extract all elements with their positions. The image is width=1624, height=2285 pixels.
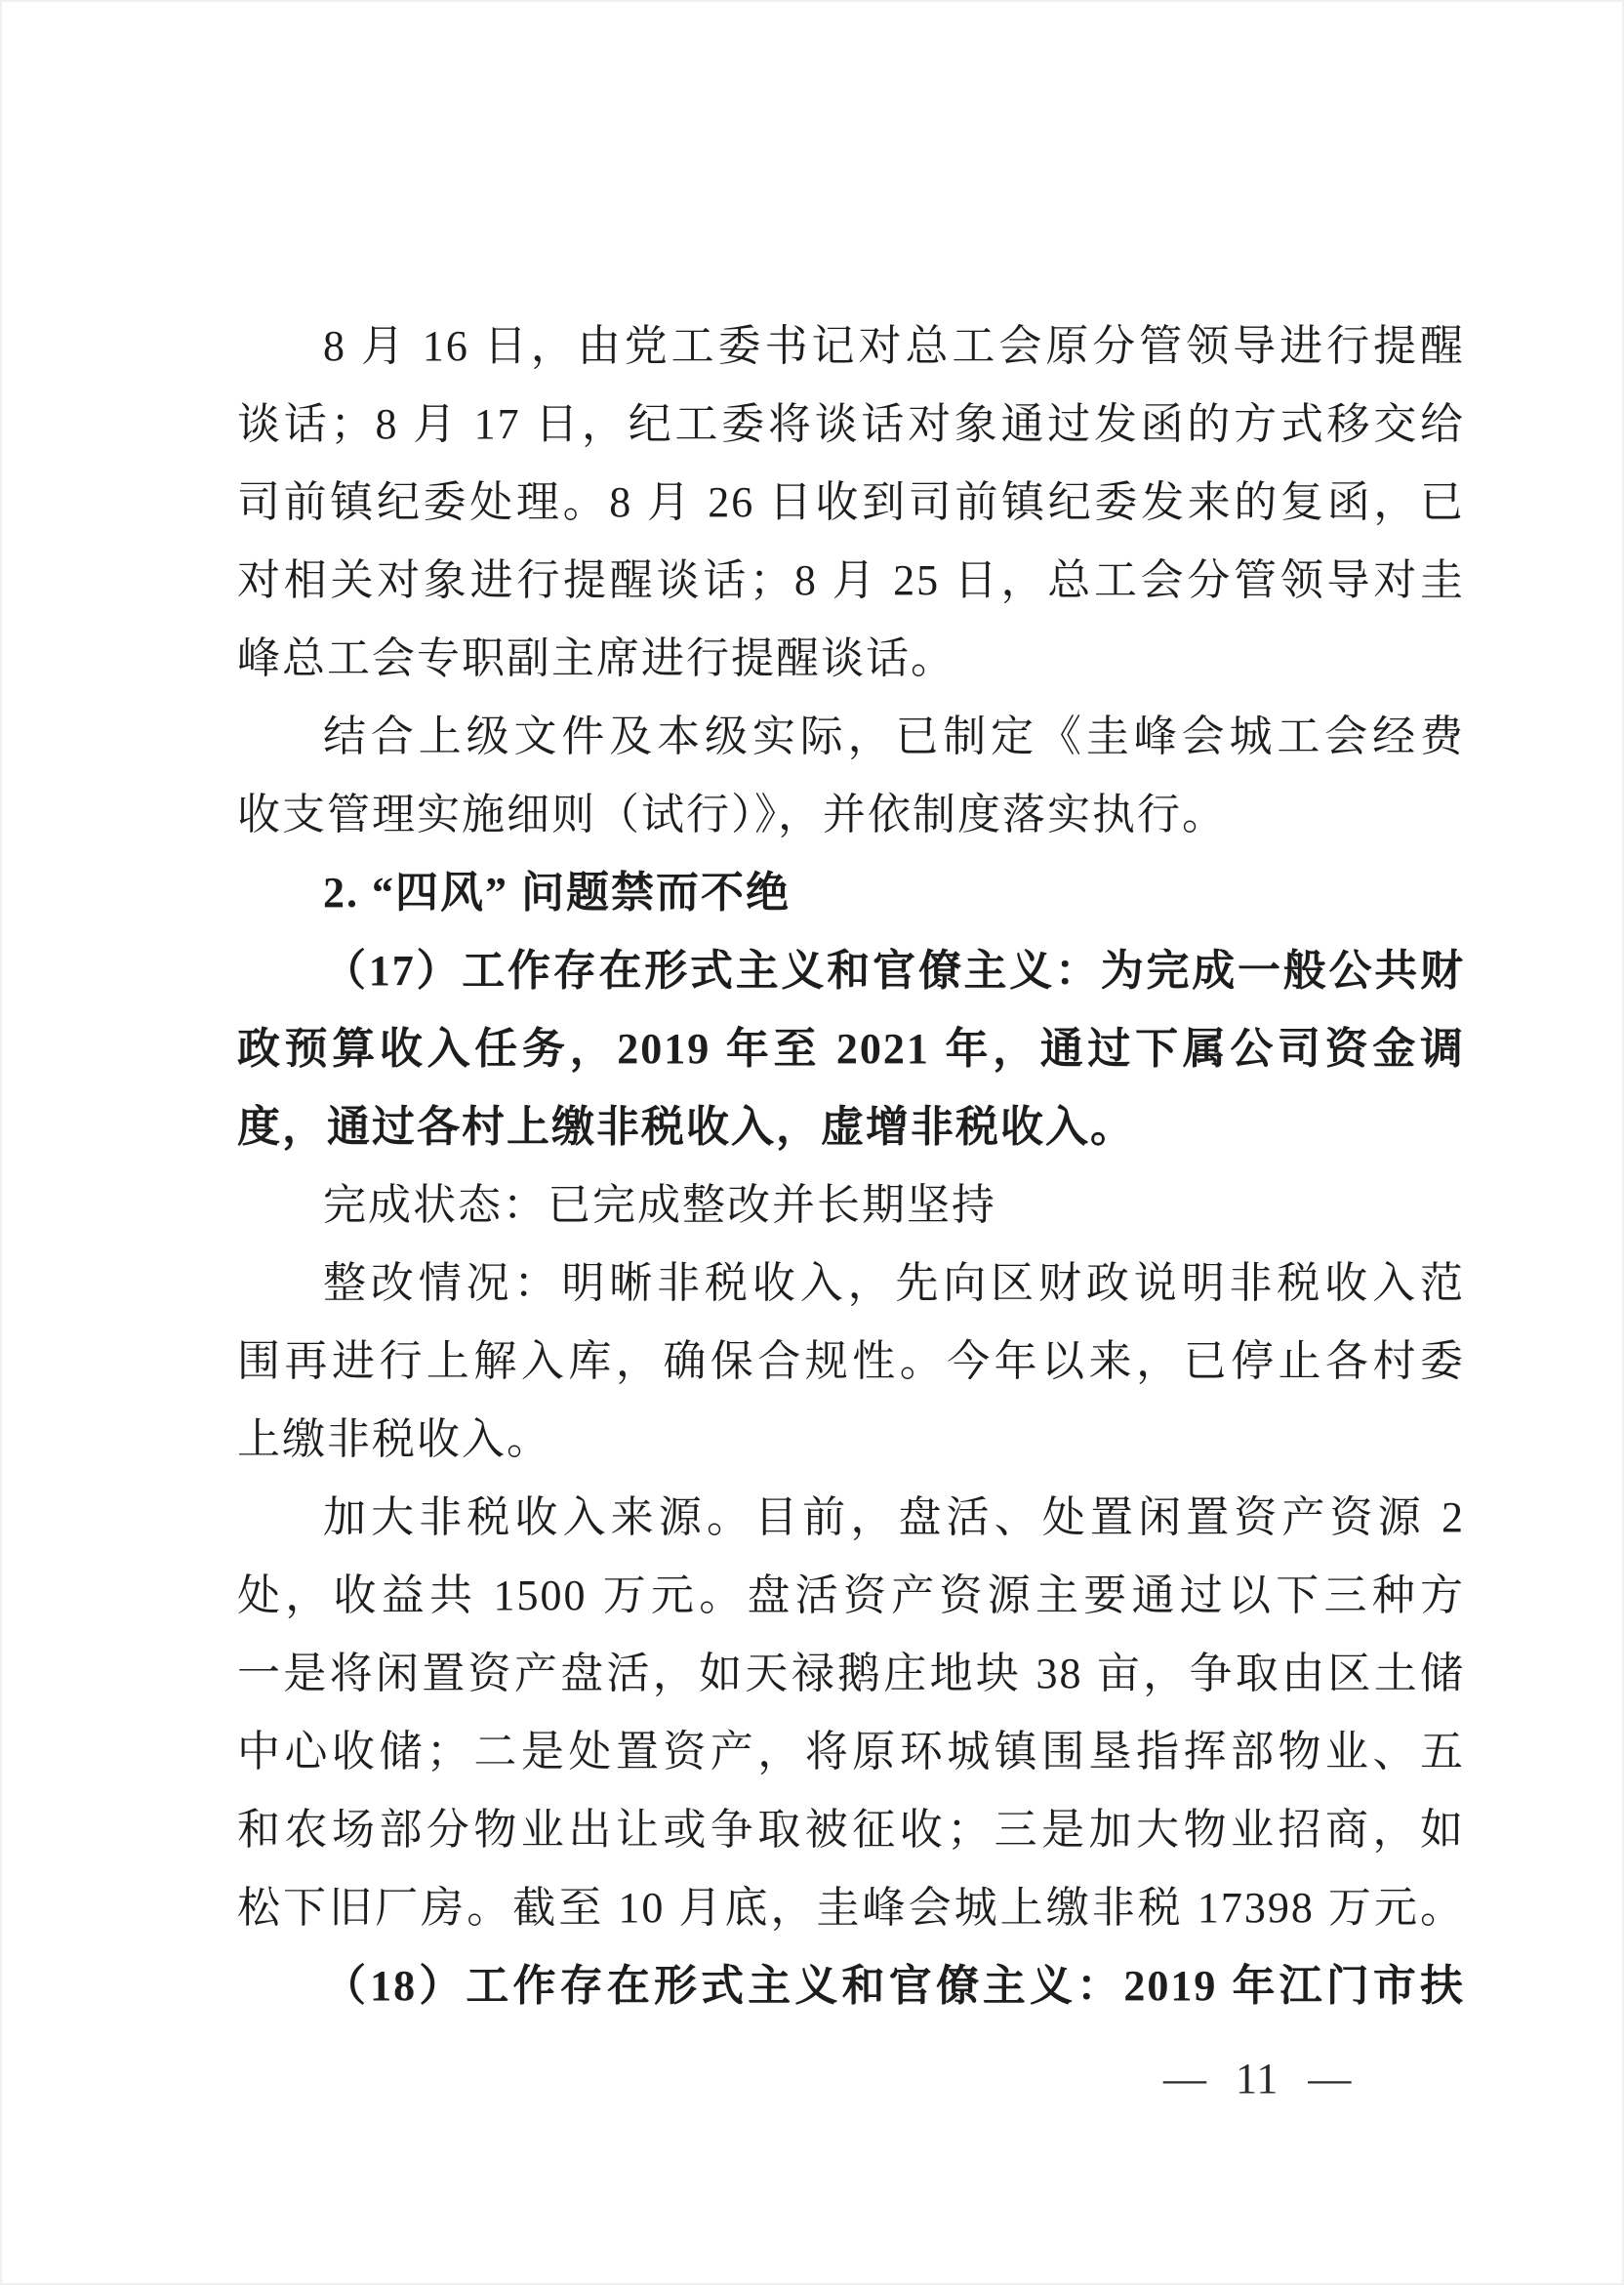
paragraph-line: 处，收益共 1500 万元。盘活资产资源主要通过以下三种方式：	[237, 1557, 1465, 1635]
paragraph-line: 结合上级文件及本级实际，已制定《圭峰会城工会经费	[237, 698, 1465, 776]
paragraph-line: 围再进行上解入库，确保合规性。今年以来，已停止各村委	[237, 1323, 1465, 1401]
paragraph-line: 政预算收入任务，2019 年至 2021 年，通过下属公司资金调	[237, 1010, 1465, 1088]
section-heading: 2. “四风” 问题禁而不绝	[237, 854, 1465, 932]
paragraph-line: 和农场部分物业出让或争取被征收；三是加大物业招商，如	[237, 1791, 1465, 1869]
paragraph-line: 中心收储；二是处置资产，将原环城镇围垦指挥部物业、五	[237, 1713, 1465, 1791]
paragraph-line: 松下旧厂房。截至 10 月底，圭峰会城上缴非税 17398 万元。	[237, 1869, 1465, 1947]
page-number: 11	[1236, 2056, 1279, 2102]
paragraph-line: 度，通过各村上缴非税收入，虚增非税收入。	[237, 1088, 1465, 1166]
paragraph-line: 一是将闲置资产盘活，如天禄鹅庄地块 38 亩，争取由区土储	[237, 1635, 1465, 1713]
paragraph-line: 收支管理实施细则（试行）》，并依制度落实执行。	[237, 776, 1465, 854]
footer-dash-right: —	[1308, 2056, 1351, 2102]
document-body: 8 月 16 日，由党工委书记对总工会原分管领导进行提醒 谈话；8 月 17 日…	[237, 307, 1465, 2025]
paragraph-line: 对相关对象进行提醒谈话；8 月 25 日，总工会分管领导对圭	[237, 542, 1465, 620]
paragraph-line: （18）工作存在形式主义和官僚主义：2019 年江门市扶	[237, 1947, 1465, 2025]
paragraph-line: （17）工作存在形式主义和官僚主义：为完成一般公共财	[237, 932, 1465, 1010]
paragraph-line: 8 月 16 日，由党工委书记对总工会原分管领导进行提醒	[237, 307, 1465, 386]
paragraph-line: 谈话；8 月 17 日，纪工委将谈话对象通过发函的方式移交给	[237, 386, 1465, 464]
page-footer: — 11 —	[1163, 2056, 1351, 2102]
document-page: 8 月 16 日，由党工委书记对总工会原分管领导进行提醒 谈话；8 月 17 日…	[0, 0, 1624, 2285]
footer-dash-left: —	[1163, 2056, 1206, 2102]
paragraph-line: 峰总工会专职副主席进行提醒谈话。	[237, 620, 1465, 698]
paragraph-line: 司前镇纪委处理。8 月 26 日收到司前镇纪委发来的复函，已	[237, 464, 1465, 542]
paragraph-line: 完成状态：已完成整改并长期坚持	[237, 1166, 1465, 1245]
paragraph-line: 上缴非税收入。	[237, 1401, 1465, 1479]
paragraph-line: 加大非税收入来源。目前，盘活、处置闲置资产资源 2	[237, 1479, 1465, 1557]
paragraph-line: 整改情况：明晰非税收入，先向区财政说明非税收入范	[237, 1245, 1465, 1323]
